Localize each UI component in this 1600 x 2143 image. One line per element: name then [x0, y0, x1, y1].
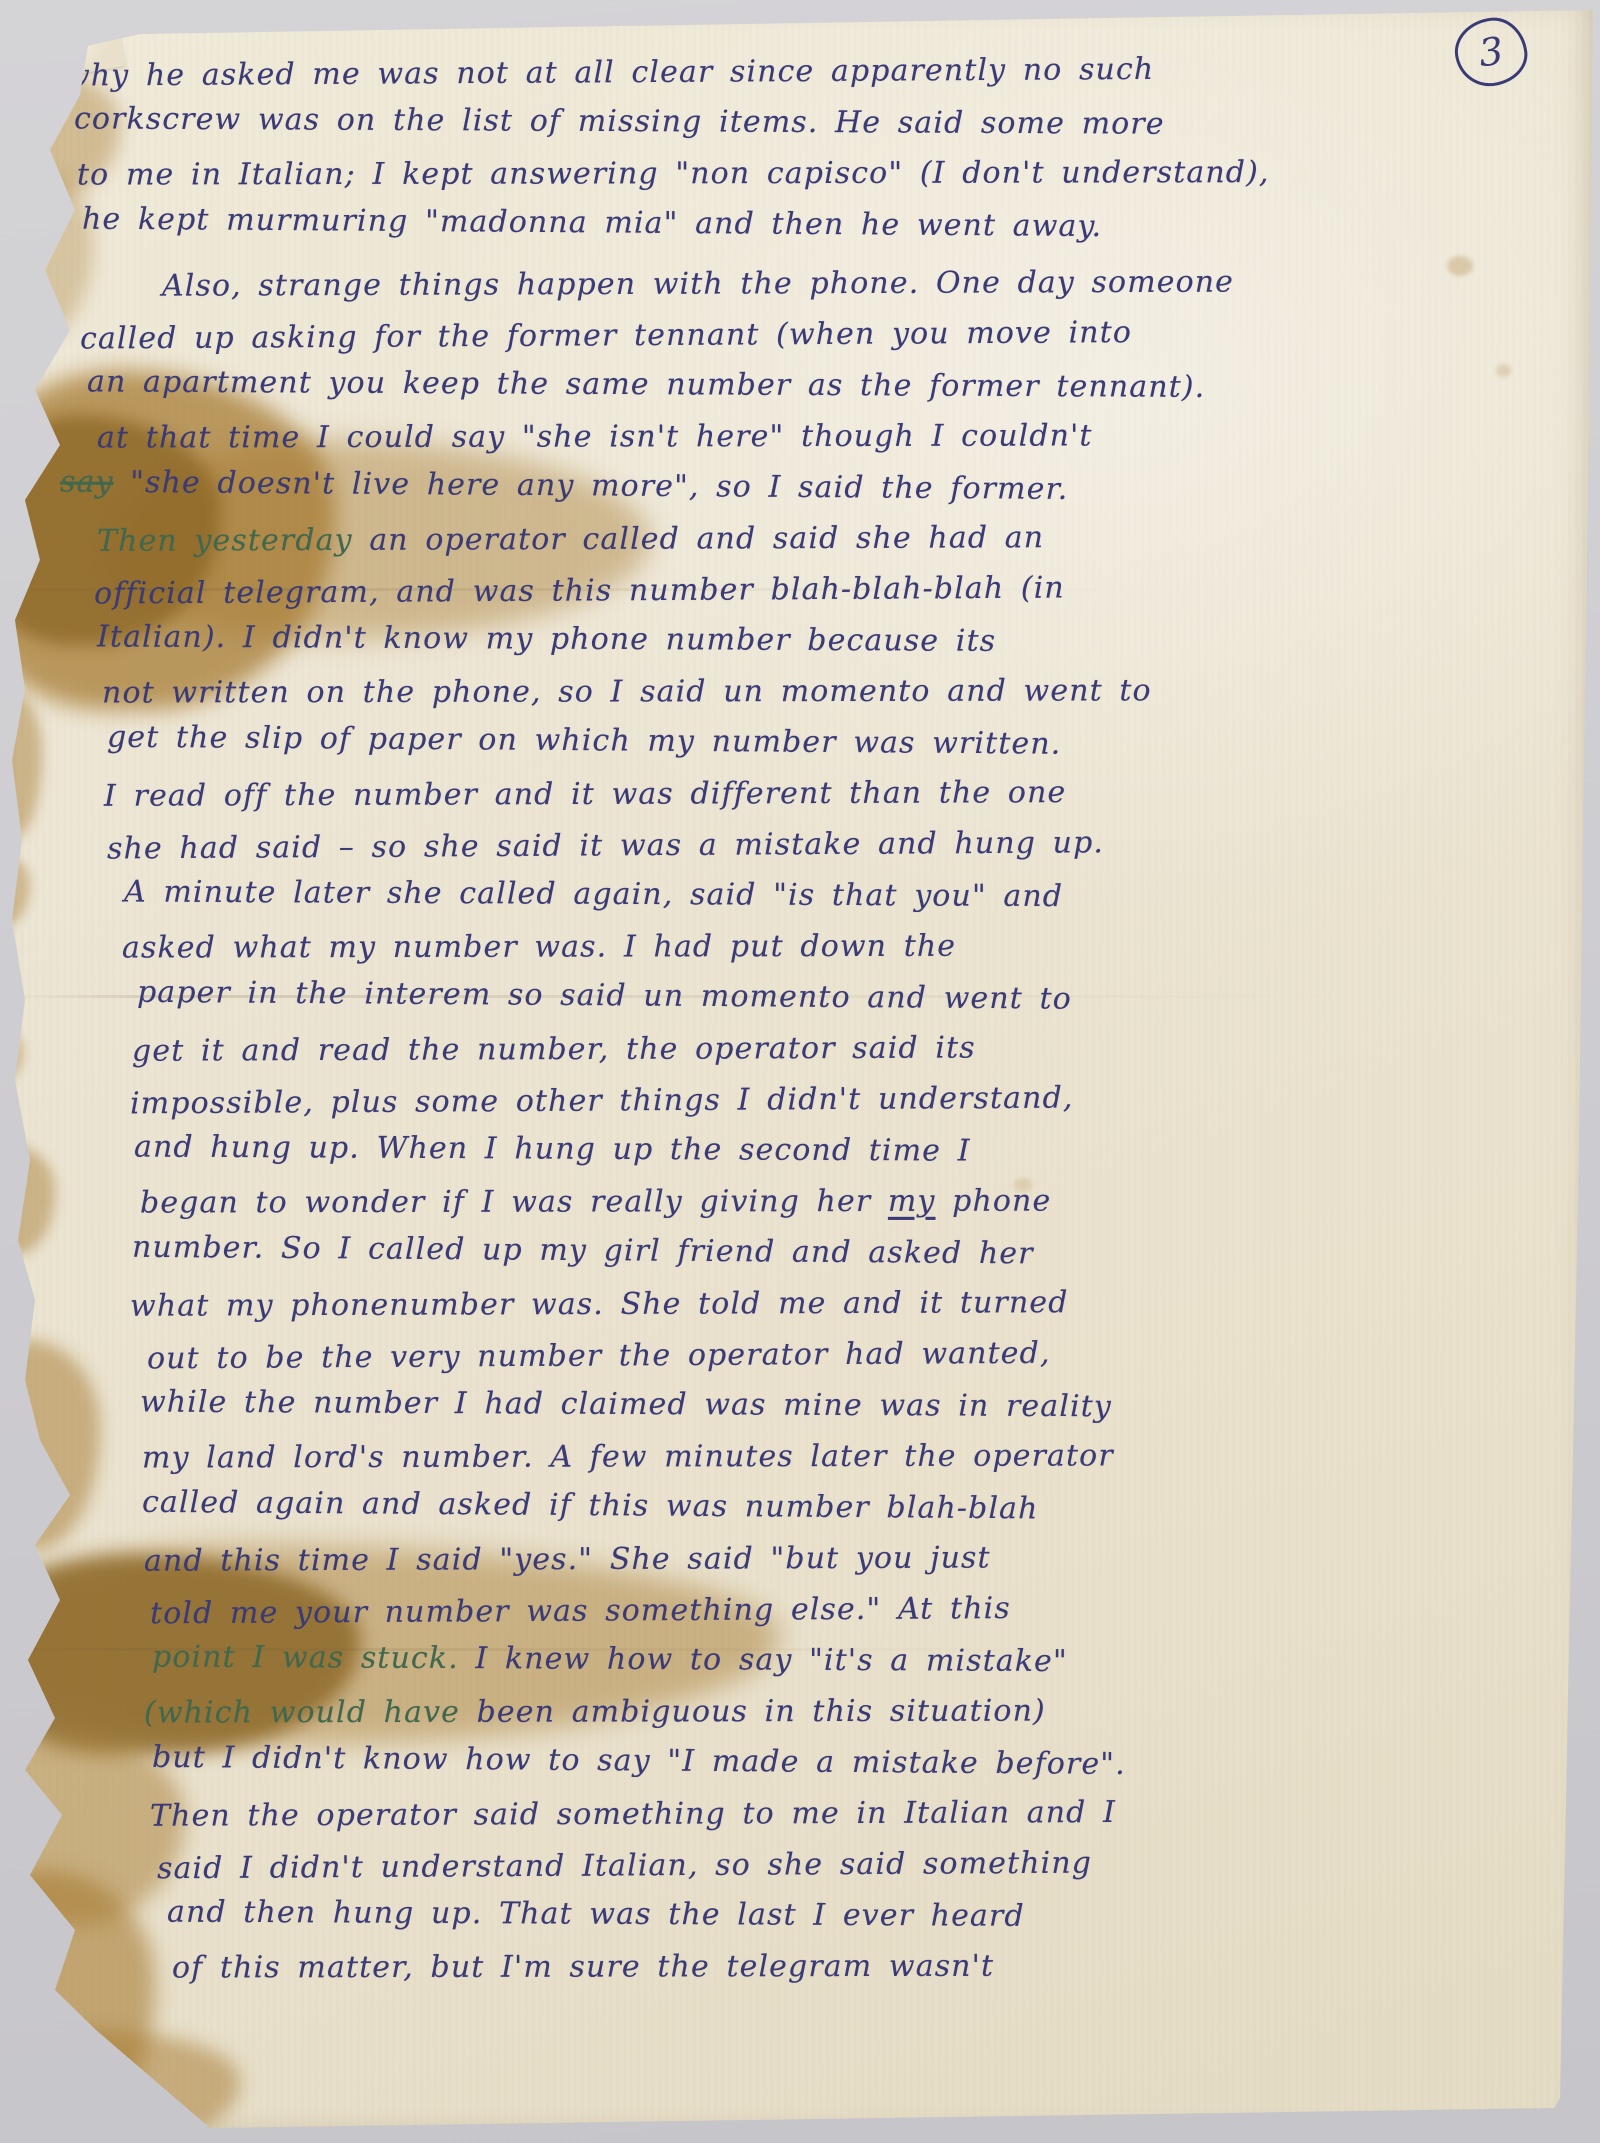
letter-text-segment: an apartment you keep the same number as… [87, 364, 1205, 404]
letter-text-segment: Then the operator said something to me i… [150, 1795, 1116, 1834]
letter-line: get it and read the number, the operator… [132, 1020, 1560, 1076]
letter-text-segment: began to wonder if I was really giving h… [140, 1184, 888, 1221]
letter-line: say "she doesn't live here any more", so… [60, 457, 1560, 519]
letter-line: while the number I had claimed was mine … [140, 1377, 1560, 1435]
letter-line: called up asking for the former tennant … [80, 304, 1560, 364]
letter-text-segment: been ambiguous in this situation) [460, 1694, 1046, 1730]
letter-text-segment: get the slip of paper on which my number… [107, 720, 1062, 762]
letter-line: why he asked me was not at all clear sin… [64, 41, 1560, 101]
letter-line: to me in Italian; I kept answering "non … [77, 146, 1560, 200]
letter-text-segment: called up asking for the former tennant … [80, 315, 1132, 356]
letter-text-segment: while the number I had claimed was mine … [140, 1385, 1112, 1425]
letter-text-segment: official telegram, and was this number b… [94, 571, 1065, 612]
letter-line: I read off the number and it was differe… [104, 765, 1560, 822]
letter-text-segment: Italian). I didn't know my phone number … [97, 619, 996, 658]
letter-line: official telegram, and was this number b… [94, 560, 1560, 620]
letter-text-segment: corkscrew was on the list of missing ite… [74, 101, 1165, 141]
letter-line: of this matter, but I'm sure the telegra… [172, 1940, 1560, 1994]
letter-line: she had said – so she said it was a mist… [107, 815, 1560, 875]
letter-line: paper in the interem so said un momento … [137, 967, 1560, 1028]
letter-text-segment: point I was stuck. [152, 1640, 459, 1676]
letter-line: and hung up. When I hung up the second t… [134, 1122, 1560, 1180]
letter-text-segment: why he asked me was not at all clear sin… [64, 52, 1154, 94]
letter-line: asked what my number was. I had put down… [122, 919, 1560, 973]
letter-line: impossible, plus some other things I did… [130, 1070, 1560, 1130]
letter-text-segment: A minute later she called again, said "i… [124, 874, 1063, 914]
letter-line: not written on the phone, so I said un m… [102, 664, 1560, 718]
letter-text-segment: and this time I said "yes." She said "bu… [144, 1540, 991, 1578]
letter-line: A minute later she called again, said "i… [124, 866, 1560, 924]
letter-text-segment: my land lord's number. A few minutes lat… [142, 1438, 1114, 1475]
letter-text-segment: called again and asked if this was numbe… [142, 1485, 1039, 1527]
letter-line: my land lord's number. A few minutes lat… [142, 1430, 1560, 1484]
letter-text-segment: number. So I called up my girl friend an… [132, 1230, 1034, 1272]
letter-text-segment: she had said – so she said it was a mist… [107, 825, 1104, 866]
letter-text-segment: my [888, 1184, 936, 1219]
letter-text-segment: of this matter, but I'm sure the telegra… [172, 1949, 994, 1986]
letter-text-segment: Then yesterday [97, 523, 353, 559]
letter-line: what my phonenumber was. She told me and… [130, 1275, 1560, 1331]
letter-text-segment: but I didn't know how to say "I made a m… [152, 1740, 1126, 1782]
letter-paper: 3 why he asked me was not at all clear s… [0, 0, 1600, 2143]
letter-line: said I didn't understand Italian, so she… [157, 1835, 1560, 1895]
letter-text-segment: out to be the very number the operator h… [147, 1336, 1051, 1377]
letter-text-segment: said I didn't understand Italian, so she… [157, 1846, 1092, 1887]
letter-text-segment: told me your number was something else."… [150, 1591, 1011, 1631]
letter-line: called again and asked if this was numbe… [142, 1477, 1560, 1538]
letter-text-segment: say [60, 465, 114, 500]
letter-line: corkscrew was on the list of missing ite… [74, 93, 1560, 151]
letter-text-segment: impossible, plus some other things I did… [130, 1081, 1074, 1122]
letter-text-segment: to me in Italian; I kept answering "non … [77, 155, 1270, 192]
letter-line: an apartment you keep the same number as… [87, 356, 1560, 414]
letter-line: Then yesterday an operator called and sa… [97, 510, 1560, 567]
letter-line: Then the operator said something to me i… [150, 1785, 1560, 1841]
letter-line: began to wonder if I was really giving h… [140, 1175, 1560, 1229]
letter-line: told me your number was something else."… [150, 1580, 1560, 1640]
letter-text-segment: not written on the phone, so I said un m… [102, 673, 1152, 710]
scan-background: 3 why he asked me was not at all clear s… [0, 0, 1600, 2143]
letter-line: out to be the very number the operator h… [147, 1325, 1560, 1385]
letter-text-segment: an operator called and said she had an [353, 520, 1045, 558]
letter-line: and this time I said "yes." She said "bu… [144, 1530, 1560, 1586]
letter-line: and then hung up. That was the last I ev… [167, 1887, 1560, 1945]
letter-line: he kept murmuring "madonna mia" and then… [82, 194, 1560, 256]
letter-text-segment: and hung up. When I hung up the second t… [134, 1130, 971, 1169]
letter-text-segment: and then hung up. That was the last I ev… [167, 1895, 1025, 1934]
letter-line: but I didn't know how to say "I made a m… [152, 1732, 1560, 1793]
letter-line: Also, strange things happen with the pho… [162, 255, 1560, 311]
letter-text-segment: I read off the number and it was differe… [104, 775, 1066, 814]
letter-text-segment: at that time I could say "she isn't here… [97, 418, 1093, 455]
letter-text-segment: asked what my number was. I had put down… [122, 929, 956, 966]
letter-line: Italian). I didn't know my phone number … [97, 611, 1560, 669]
letter-line: at that time I could say "she isn't here… [97, 409, 1560, 463]
letter-lines: why he asked me was not at all clear sin… [0, 46, 1560, 1992]
letter-text-segment: paper in the interem so said un momento … [137, 975, 1072, 1017]
letter-text-segment: Also, strange things happen with the pho… [162, 265, 1234, 304]
letter-text-segment: phone [935, 1184, 1051, 1219]
letter-text-segment: "she doesn't live here any more", so I s… [113, 465, 1068, 507]
letter-text-segment: (which would have [144, 1695, 460, 1731]
letter-text-segment: what my phonenumber was. She told me and… [130, 1285, 1069, 1324]
stain-blob [0, 2030, 240, 2143]
letter-text-segment: I knew how to say "it's a mistake" [459, 1641, 1068, 1679]
letter-text-segment: he kept murmuring "madonna mia" and then… [82, 202, 1102, 244]
letter-line: point I was stuck. I knew how to say "it… [152, 1632, 1560, 1690]
letter-line: number. So I called up my girl friend an… [132, 1222, 1560, 1283]
letter-line: (which would have been ambiguous in this… [144, 1685, 1560, 1739]
letter-text-segment: get it and read the number, the operator… [132, 1031, 976, 1069]
letter-line: get the slip of paper on which my number… [107, 712, 1560, 774]
